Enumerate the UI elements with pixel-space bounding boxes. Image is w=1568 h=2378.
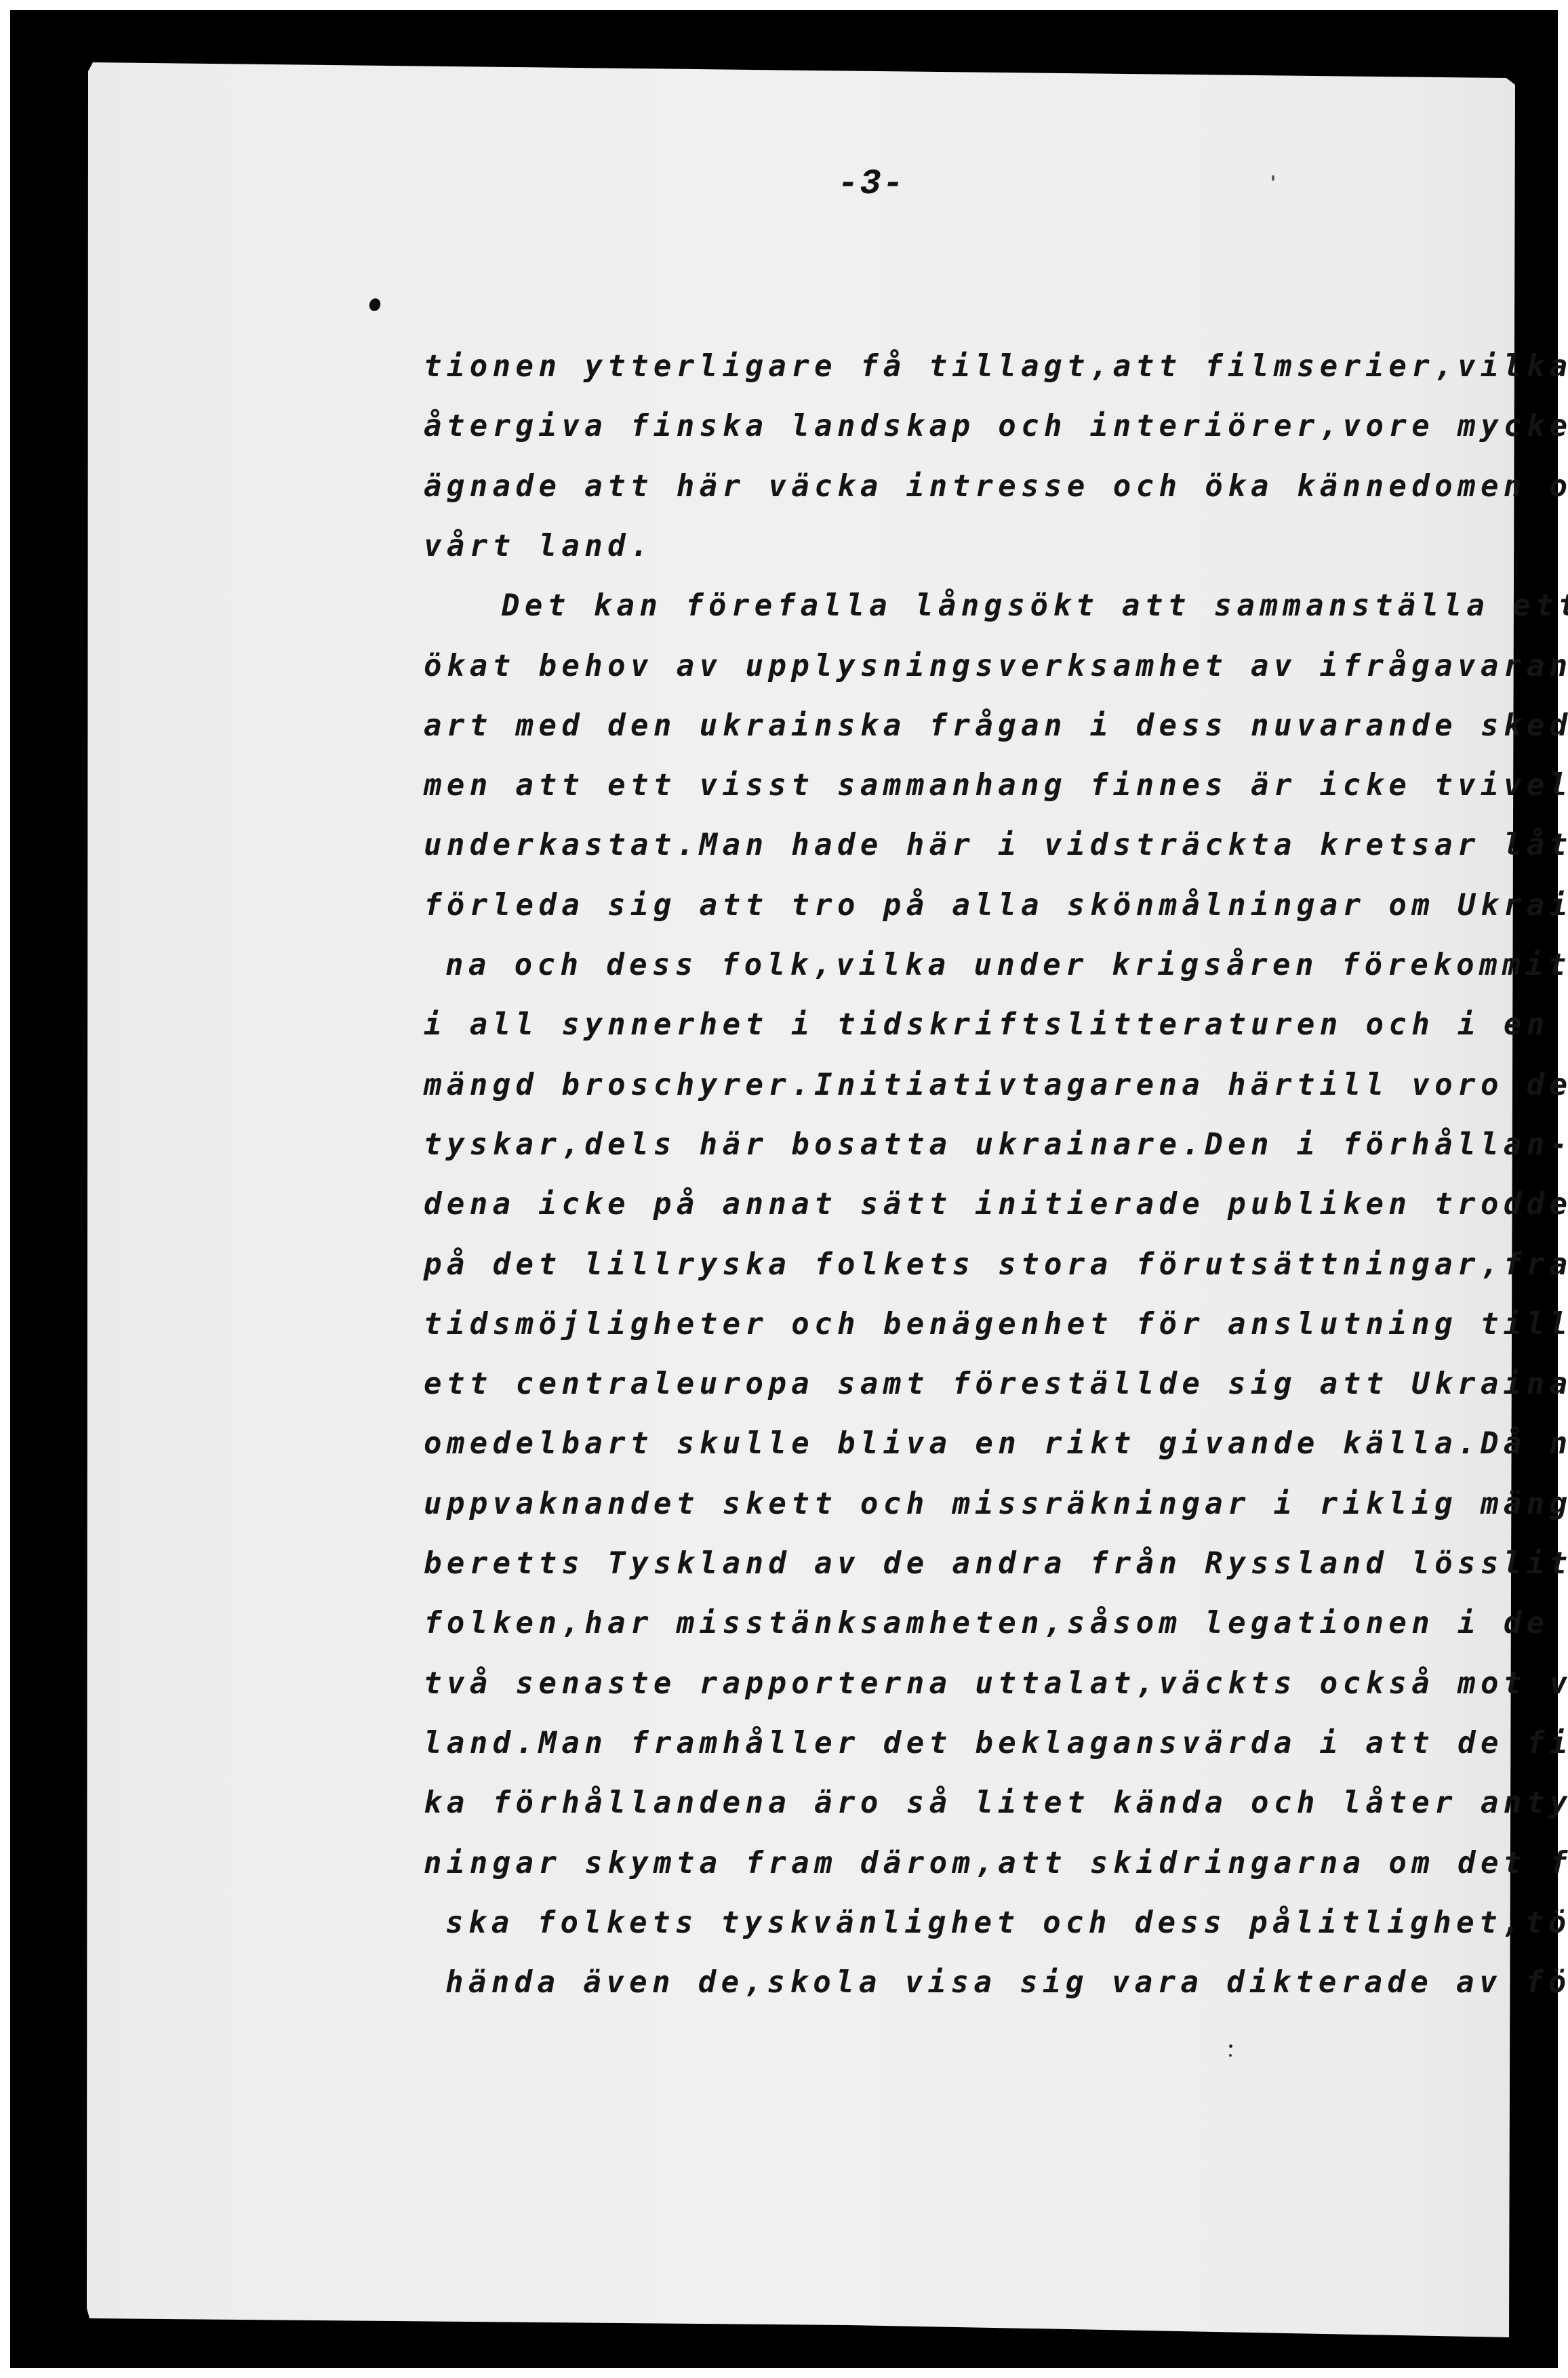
text-line: ska folkets tyskvänlighet och dess pålit… <box>445 1908 1568 1938</box>
text-line: tidsmöjligheter och benägenhet för anslu… <box>424 1310 1568 1339</box>
text-line: Det kan förefalla långsökt att sammanstä… <box>502 591 1568 621</box>
text-line: två senaste rapporterna uttalat,väckts o… <box>424 1669 1568 1699</box>
paper-speck <box>1272 175 1274 181</box>
text-line: ett centraleuropa samt föreställde sig a… <box>424 1369 1568 1399</box>
text-line: hända även de,skola visa sig vara dikter… <box>445 1968 1568 1998</box>
text-line: tionen ytterligare få tillagt,att filmse… <box>424 352 1568 382</box>
text-line: i all synnerhet i tidskriftslitteraturen… <box>424 1010 1550 1040</box>
text-line: dena icke på annat sätt initierade publi… <box>424 1190 1568 1220</box>
text-line: underkastat.Man hade här i vidsträckta k… <box>424 830 1568 860</box>
text-line: mängd broschyrer.Initiativtagarena härti… <box>424 1070 1568 1100</box>
text-line: på det lillryska folkets stora förutsätt… <box>424 1250 1568 1280</box>
text-line: ägnade att här väcka intresse och öka kä… <box>424 472 1568 502</box>
text-line: ökat behov av upplysningsverksamhet av i… <box>424 651 1568 681</box>
paper-speck <box>1229 2054 1232 2057</box>
text-line: land.Man framhåller det beklagansvärda i… <box>424 1729 1568 1758</box>
text-line: ka förhållandena äro så litet kända och … <box>424 1788 1568 1818</box>
text-line: tyskar,dels här bosatta ukrainare.Den i … <box>424 1130 1568 1160</box>
text-line: omedelbart skulle bliva en rikt givande … <box>424 1429 1568 1459</box>
text-line: folken,har misstänksamheten,såsom legati… <box>424 1609 1550 1638</box>
text-line: vårt land. <box>424 531 654 561</box>
page-number: -3- <box>834 164 908 204</box>
text-line: art med den ukrainska frågan i dess nuva… <box>424 711 1568 741</box>
text-line: uppvaknandet skett och missräkningar i r… <box>424 1489 1568 1519</box>
text-line: na och dess folk,vilka under krigsåren f… <box>445 950 1568 980</box>
paper-speck <box>1229 2044 1232 2048</box>
text-line: men att ett visst sammanhang finnes är i… <box>424 771 1568 801</box>
text-line: förleda sig att tro på alla skönmålninga… <box>424 891 1568 921</box>
text-line: återgiva finska landskap och interiörer,… <box>424 411 1568 441</box>
text-line: beretts Tyskland av de andra från Ryssla… <box>424 1549 1568 1579</box>
text-line: ningar skymta fram därom,att skidringarn… <box>424 1849 1568 1878</box>
